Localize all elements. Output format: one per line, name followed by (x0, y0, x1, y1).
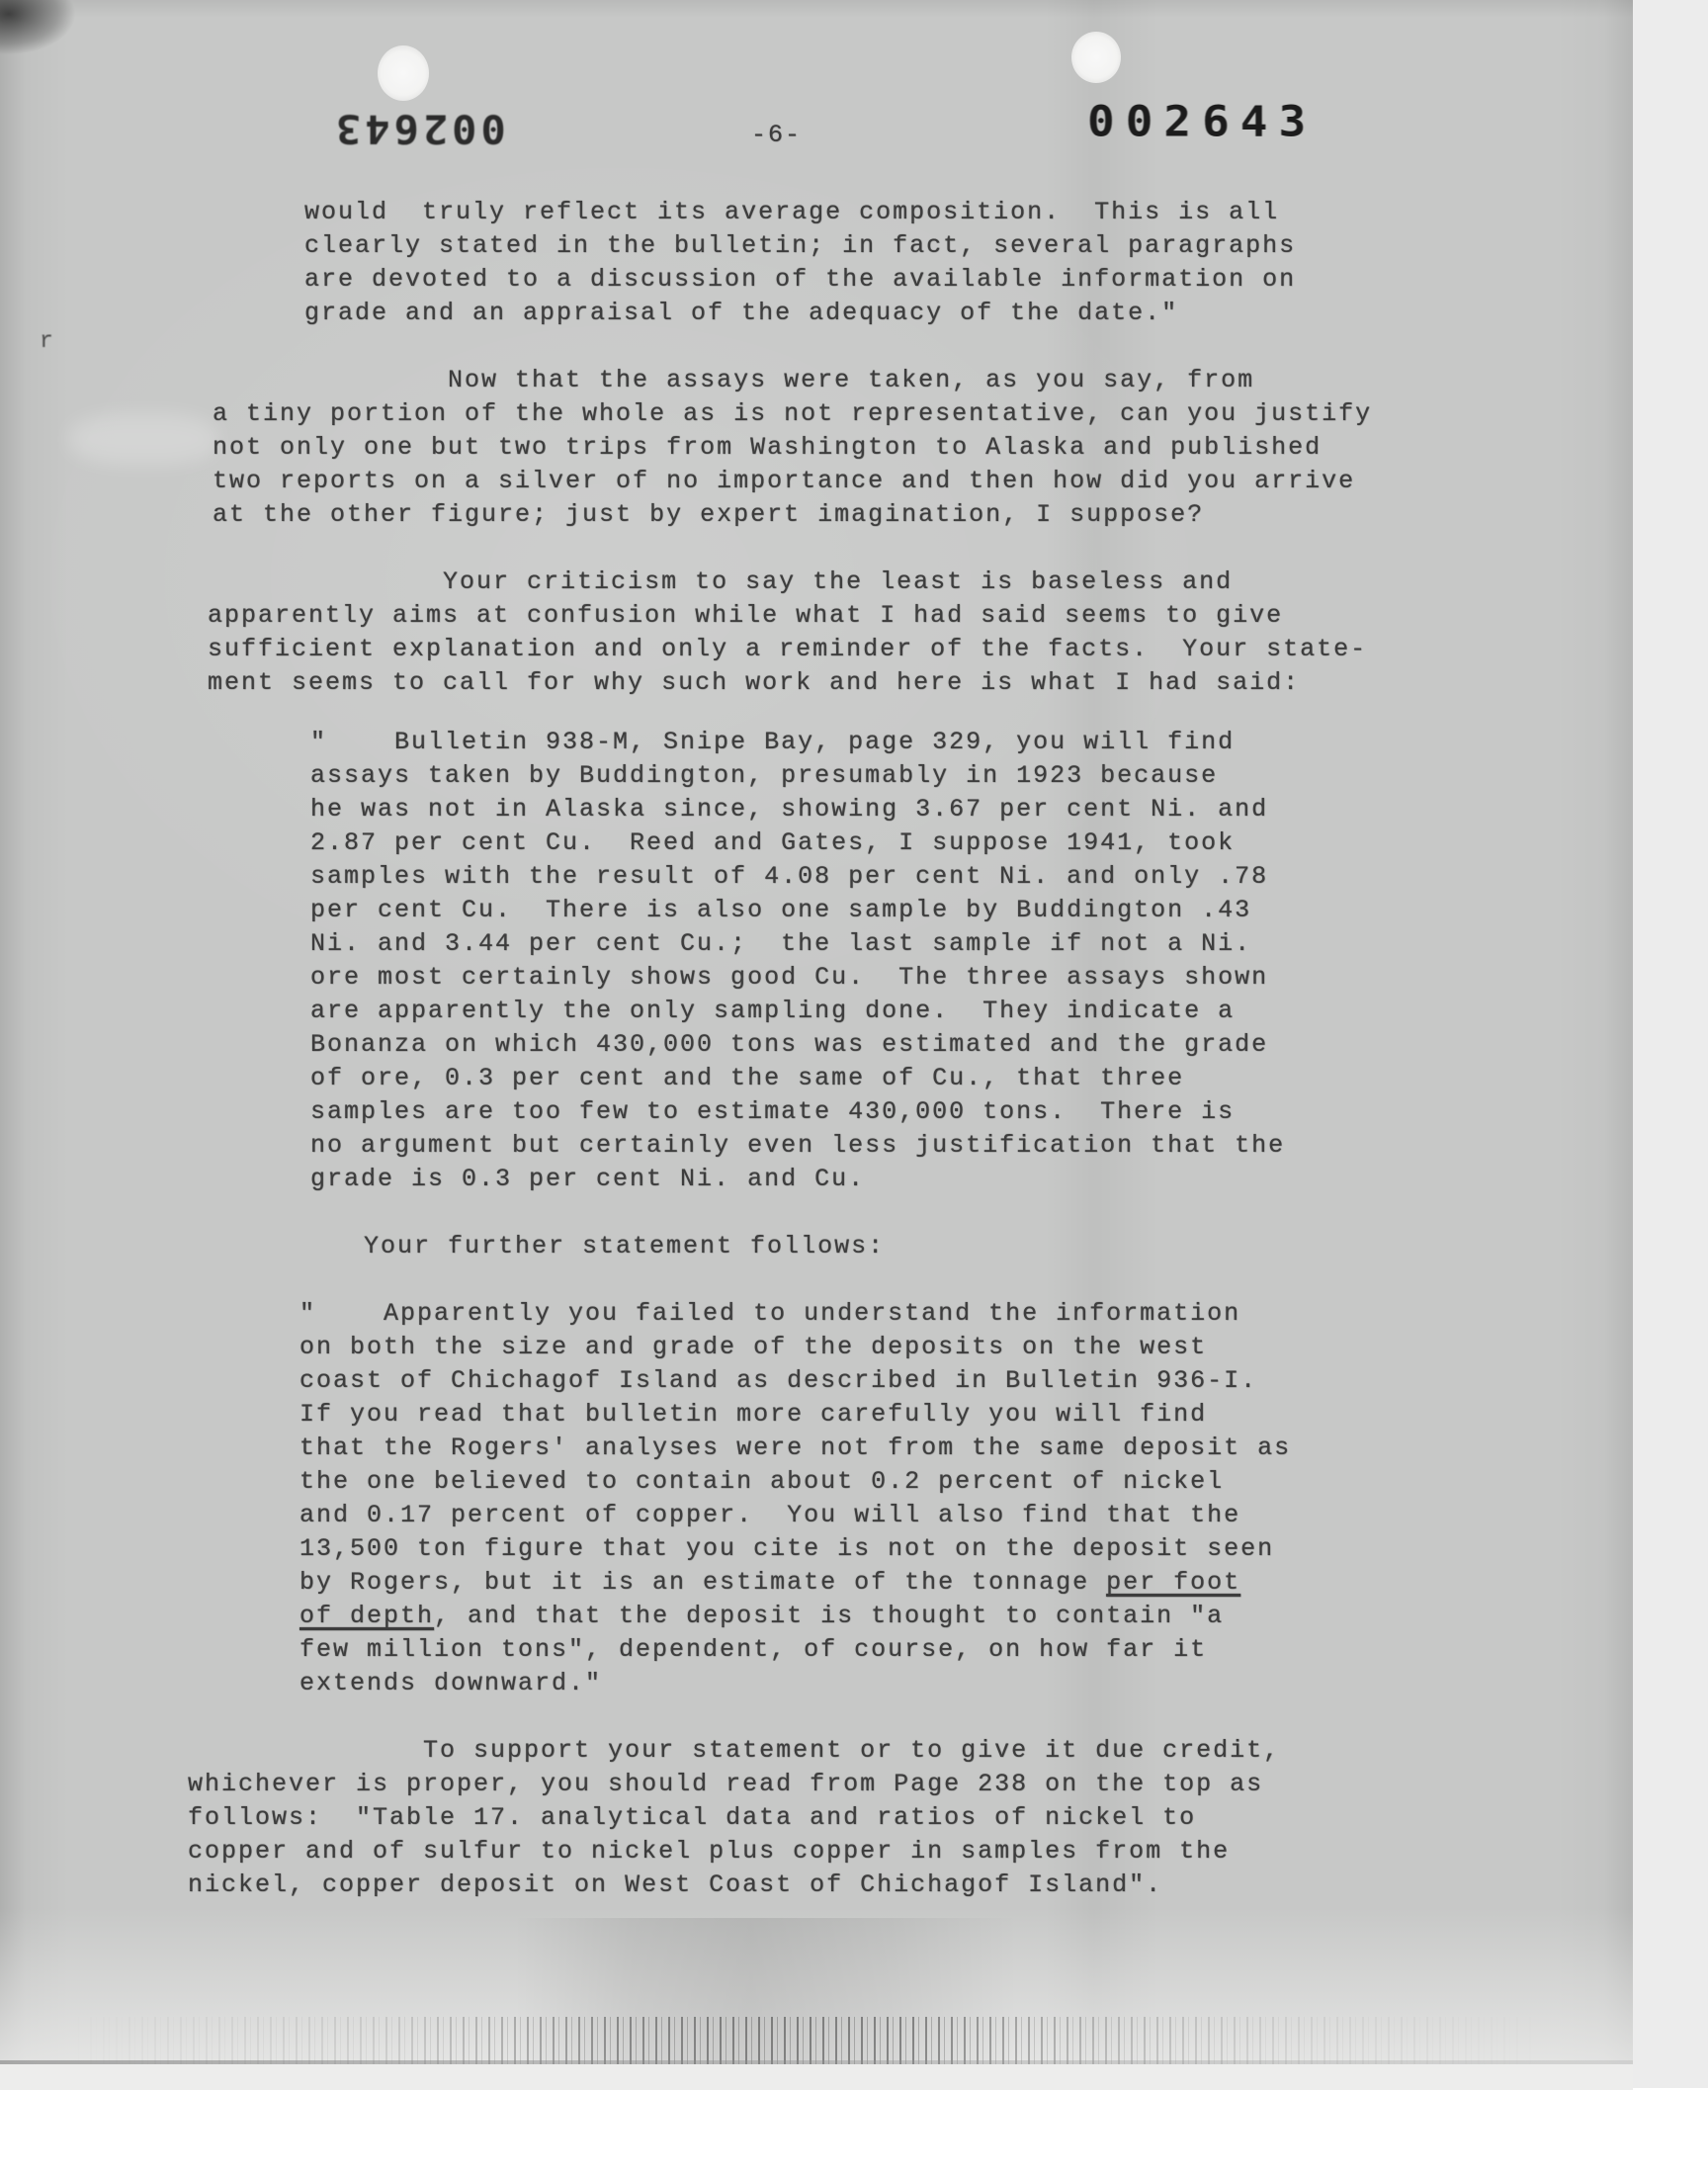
paragraph-quoted-continuation: would truly reflect its average composit… (304, 196, 1296, 330)
scan-artifact-corner (0, 0, 109, 69)
paragraph-quote-bulletin-938m: " Bulletin 938-M, Snipe Bay, page 329, y… (310, 726, 1285, 1196)
number-stamp: 002643 (1087, 97, 1317, 146)
inverted-number-stamp: 002643 (332, 106, 506, 152)
stray-ink-mark: r (40, 328, 53, 354)
paragraph-quote-chichagof: " Apparently you failed to understand th… (299, 1297, 1291, 1700)
paragraph-further-statement-lead-in: Your further statement follows: (364, 1230, 885, 1263)
scanner-background-bottom (0, 2064, 1633, 2090)
paragraph-to-support: To support your statement or to give it … (188, 1734, 1280, 1902)
page-number: -6- (751, 119, 802, 152)
paragraph-now-that-assays: Now that the assays were taken, as you s… (213, 364, 1372, 532)
scanner-background-right (1633, 0, 1708, 2088)
scanned-letter-page: 002643 -6- 002643 r would truly reflect … (0, 0, 1708, 2175)
paragraph-your-criticism: Your criticism to say the least is basel… (208, 565, 1367, 700)
punch-hole-right (1071, 32, 1121, 83)
punch-hole-left (378, 45, 429, 101)
scan-artifact-smudge (69, 413, 217, 465)
